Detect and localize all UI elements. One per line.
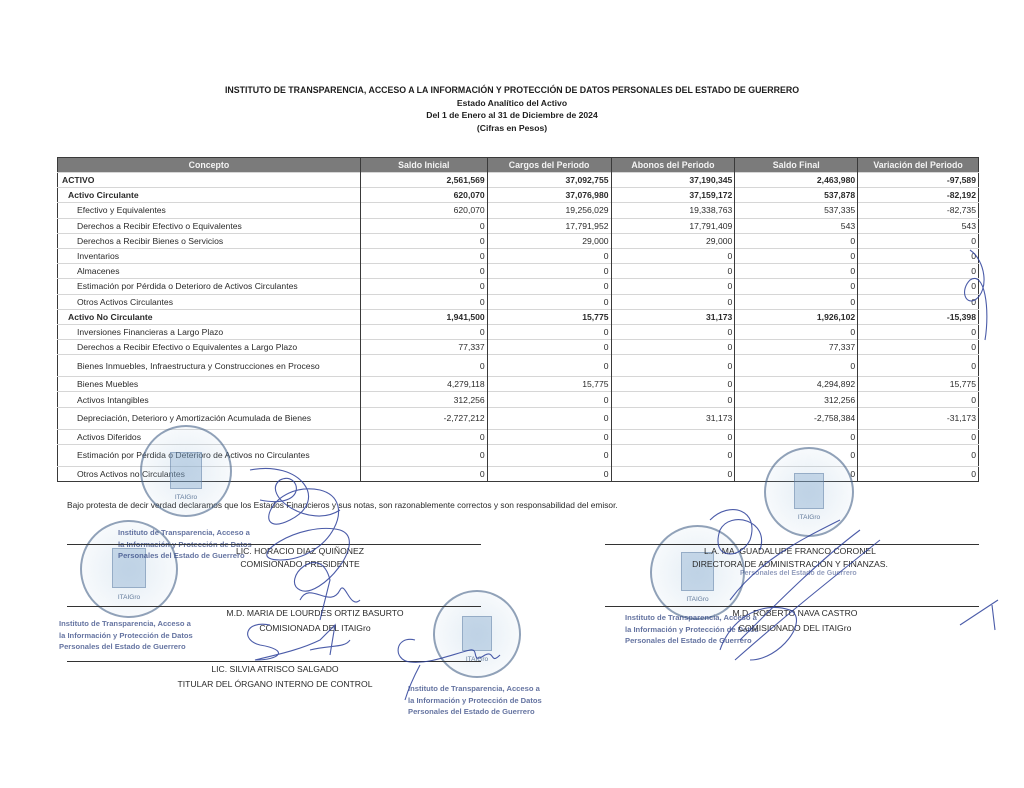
cell-variacion: 15,775 (858, 377, 979, 392)
row-concept: Inversiones Financieras a Largo Plazo (58, 324, 361, 339)
cell-saldo-inicial: 1,941,500 (360, 309, 487, 324)
table-header-row: Concepto Saldo Inicial Cargos del Period… (58, 158, 979, 173)
cell-saldo-final: 0 (735, 324, 858, 339)
table-row: Derechos a Recibir Efectivo o Equivalent… (58, 340, 979, 355)
report-header: INSTITUTO DE TRANSPARENCIA, ACCESO A LA … (0, 84, 1024, 134)
cell-abonos: 0 (611, 340, 735, 355)
table-row: Derechos a Recibir Bienes o Servicios029… (58, 233, 979, 248)
cell-variacion: 0 (858, 264, 979, 279)
cell-cargos: 29,000 (487, 233, 611, 248)
cell-cargos: 0 (487, 248, 611, 263)
table-row: Almacenes00000 (58, 264, 979, 279)
row-concept: Bienes Muebles (58, 377, 361, 392)
cell-saldo-inicial: 0 (360, 429, 487, 444)
row-concept: Derechos a Recibir Bienes o Servicios (58, 233, 361, 248)
cell-variacion: 0 (858, 444, 979, 466)
cell-saldo-inicial: 0 (360, 279, 487, 294)
signatory-title: COMISIONADO DEL ITAIGro (630, 621, 960, 636)
cell-abonos: 37,190,345 (611, 173, 735, 188)
institution-name: INSTITUTO DE TRANSPARENCIA, ACCESO A LA … (0, 84, 1024, 97)
col-header-saldo-inicial: Saldo Inicial (360, 158, 487, 173)
signatory-name: LIC. SILVIA ATRISCO SALGADO (110, 662, 440, 677)
cell-abonos: 0 (611, 248, 735, 263)
cell-saldo-inicial: 0 (360, 324, 487, 339)
cell-cargos: 0 (487, 294, 611, 309)
seal-stamp-icon: ITAIGro (140, 425, 232, 517)
col-header-saldo-final: Saldo Final (735, 158, 858, 173)
cell-saldo-final: 537,878 (735, 188, 858, 203)
cell-cargos: 0 (487, 444, 611, 466)
cell-abonos: 0 (611, 444, 735, 466)
row-concept: Depreciación, Deterioro y Amortización A… (58, 407, 361, 429)
cell-saldo-final: 77,337 (735, 340, 858, 355)
cell-saldo-final: -2,758,384 (735, 407, 858, 429)
cell-abonos: 17,791,409 (611, 218, 735, 233)
cell-variacion: 0 (858, 429, 979, 444)
cell-abonos: 29,000 (611, 233, 735, 248)
cell-cargos: 37,092,755 (487, 173, 611, 188)
table-row: Derechos a Recibir Efectivo o Equivalent… (58, 218, 979, 233)
row-concept: Activos Intangibles (58, 392, 361, 407)
cell-cargos: 15,775 (487, 309, 611, 324)
table-row: ACTIVO2,561,56937,092,75537,190,3452,463… (58, 173, 979, 188)
row-concept: ACTIVO (58, 173, 361, 188)
cell-abonos: 0 (611, 294, 735, 309)
cell-saldo-inicial: 0 (360, 218, 487, 233)
row-concept: Activo No Circulante (58, 309, 361, 324)
signatory-name: LIC. HORACIO DIAZ QUIÑONEZ (130, 545, 470, 558)
row-concept: Otros Activos Circulantes (58, 294, 361, 309)
col-header-abonos: Abonos del Periodo (611, 158, 735, 173)
cell-abonos: 31,173 (611, 407, 735, 429)
cell-variacion: -82,192 (858, 188, 979, 203)
cell-abonos: 0 (611, 377, 735, 392)
cell-cargos: 0 (487, 407, 611, 429)
cell-abonos: 0 (611, 279, 735, 294)
cell-saldo-inicial: 77,337 (360, 340, 487, 355)
report-title: Estado Analítico del Activo (0, 97, 1024, 110)
signatory-name: M.D. ROBERTO NAVA CASTRO (630, 606, 960, 621)
cell-saldo-final: 0 (735, 264, 858, 279)
cell-saldo-final: 1,926,102 (735, 309, 858, 324)
cell-saldo-final: 0 (735, 233, 858, 248)
cell-abonos: 0 (611, 392, 735, 407)
table-row: Activo No Circulante1,941,50015,77531,17… (58, 309, 979, 324)
cell-cargos: 0 (487, 429, 611, 444)
cell-abonos: 0 (611, 429, 735, 444)
report-period: Del 1 de Enero al 31 de Diciembre de 202… (0, 109, 1024, 122)
row-concept: Efectivo y Equivalentes (58, 203, 361, 218)
cell-abonos: 19,338,763 (611, 203, 735, 218)
cell-saldo-final: 312,256 (735, 392, 858, 407)
row-concept: Bienes Inmuebles, Infraestructura y Cons… (58, 355, 361, 377)
table-row: Inventarios00000 (58, 248, 979, 263)
cell-saldo-final: 0 (735, 248, 858, 263)
signatory-title: DIRECTORA DE ADMINISTRACIÓN Y FINANZAS. (620, 558, 960, 571)
row-concept: Almacenes (58, 264, 361, 279)
cell-abonos: 31,173 (611, 309, 735, 324)
table-row: Otros Activos Circulantes00000 (58, 294, 979, 309)
cell-saldo-final: 537,335 (735, 203, 858, 218)
signatory-title: TITULAR DEL ÓRGANO INTERNO DE CONTROL (110, 677, 440, 692)
cell-saldo-inicial: 2,561,569 (360, 173, 487, 188)
cell-variacion: 0 (858, 340, 979, 355)
col-header-variacion: Variación del Periodo (858, 158, 979, 173)
cell-variacion: 0 (858, 294, 979, 309)
cell-variacion: -31,173 (858, 407, 979, 429)
cell-variacion: -97,589 (858, 173, 979, 188)
cell-saldo-inicial: 0 (360, 466, 487, 481)
cell-saldo-inicial: 620,070 (360, 203, 487, 218)
cell-saldo-inicial: 620,070 (360, 188, 487, 203)
signatory-name: M.D. MARIA DE LOURDES ORTIZ BASURTO (150, 606, 480, 621)
cell-cargos: 0 (487, 466, 611, 481)
cell-variacion: 0 (858, 279, 979, 294)
cell-variacion: 0 (858, 466, 979, 481)
cell-variacion: 0 (858, 392, 979, 407)
cell-cargos: 0 (487, 324, 611, 339)
table-row: Bienes Inmuebles, Infraestructura y Cons… (58, 355, 979, 377)
row-concept: Derechos a Recibir Efectivo o Equivalent… (58, 218, 361, 233)
signatory-block: LIC. SILVIA ATRISCO SALGADO TITULAR DEL … (110, 662, 440, 692)
seal-stamp-icon: ITAIGro (764, 447, 854, 537)
cell-abonos: 0 (611, 264, 735, 279)
table-row: Activos Intangibles312,25600312,2560 (58, 392, 979, 407)
cell-saldo-inicial: 0 (360, 444, 487, 466)
cell-variacion: 0 (858, 355, 979, 377)
cell-saldo-final: 543 (735, 218, 858, 233)
cell-cargos: 0 (487, 392, 611, 407)
table-row: Efectivo y Equivalentes620,07019,256,029… (58, 203, 979, 218)
declaration-text: Bajo protesta de decir verdad declaramos… (67, 500, 618, 510)
signatory-title: COMISIONADA DEL ITAIGro (150, 621, 480, 636)
cell-saldo-inicial: 0 (360, 233, 487, 248)
cell-variacion: 0 (858, 248, 979, 263)
cell-cargos: 15,775 (487, 377, 611, 392)
cell-saldo-inicial: 312,256 (360, 392, 487, 407)
cell-cargos: 0 (487, 279, 611, 294)
table-row: Bienes Muebles4,279,11815,77504,294,8921… (58, 377, 979, 392)
cell-saldo-inicial: -2,727,212 (360, 407, 487, 429)
cell-saldo-inicial: 0 (360, 264, 487, 279)
table-row: Inversiones Financieras a Largo Plazo000… (58, 324, 979, 339)
cell-cargos: 0 (487, 340, 611, 355)
cell-variacion: 0 (858, 233, 979, 248)
cell-cargos: 0 (487, 264, 611, 279)
table-row: Estimación por Pérdida o Deterioro de Ac… (58, 279, 979, 294)
signatory-name: L.A. MA. GUADALUPE FRANCO CORONEL (620, 545, 960, 558)
cell-saldo-final: 0 (735, 279, 858, 294)
cell-variacion: -15,398 (858, 309, 979, 324)
cell-saldo-final: 0 (735, 429, 858, 444)
col-header-cargos: Cargos del Periodo (487, 158, 611, 173)
cell-variacion: -82,735 (858, 203, 979, 218)
cell-cargos: 17,791,952 (487, 218, 611, 233)
row-concept: Activo Circulante (58, 188, 361, 203)
signatory-title: COMISIONADO PRESIDENTE (130, 558, 470, 571)
cell-variacion: 543 (858, 218, 979, 233)
cell-saldo-final: 0 (735, 294, 858, 309)
signatory-block: LIC. HORACIO DIAZ QUIÑONEZ COMISIONADO P… (130, 545, 470, 571)
cell-abonos: 0 (611, 324, 735, 339)
cell-abonos: 0 (611, 355, 735, 377)
cell-saldo-inicial: 0 (360, 248, 487, 263)
row-concept: Estimación por Pérdida o Deterioro de Ac… (58, 279, 361, 294)
cell-saldo-final: 4,294,892 (735, 377, 858, 392)
signatory-block: M.D. MARIA DE LOURDES ORTIZ BASURTO COMI… (150, 606, 480, 636)
cell-saldo-inicial: 0 (360, 355, 487, 377)
signatory-block: L.A. MA. GUADALUPE FRANCO CORONEL DIRECT… (620, 545, 960, 571)
row-concept: Inventarios (58, 248, 361, 263)
table-row: Activo Circulante620,07037,076,98037,159… (58, 188, 979, 203)
cell-saldo-final: 2,463,980 (735, 173, 858, 188)
cell-cargos: 37,076,980 (487, 188, 611, 203)
cell-abonos: 0 (611, 466, 735, 481)
cell-saldo-final: 0 (735, 355, 858, 377)
cell-variacion: 0 (858, 324, 979, 339)
cell-saldo-inicial: 4,279,118 (360, 377, 487, 392)
row-concept: Derechos a Recibir Efectivo o Equivalent… (58, 340, 361, 355)
signatory-block: M.D. ROBERTO NAVA CASTRO COMISIONADO DEL… (630, 606, 960, 636)
cell-cargos: 0 (487, 355, 611, 377)
cell-abonos: 37,159,172 (611, 188, 735, 203)
report-units: (Cifras en Pesos) (0, 122, 1024, 135)
cell-cargos: 19,256,029 (487, 203, 611, 218)
cell-saldo-inicial: 0 (360, 294, 487, 309)
col-header-concepto: Concepto (58, 158, 361, 173)
